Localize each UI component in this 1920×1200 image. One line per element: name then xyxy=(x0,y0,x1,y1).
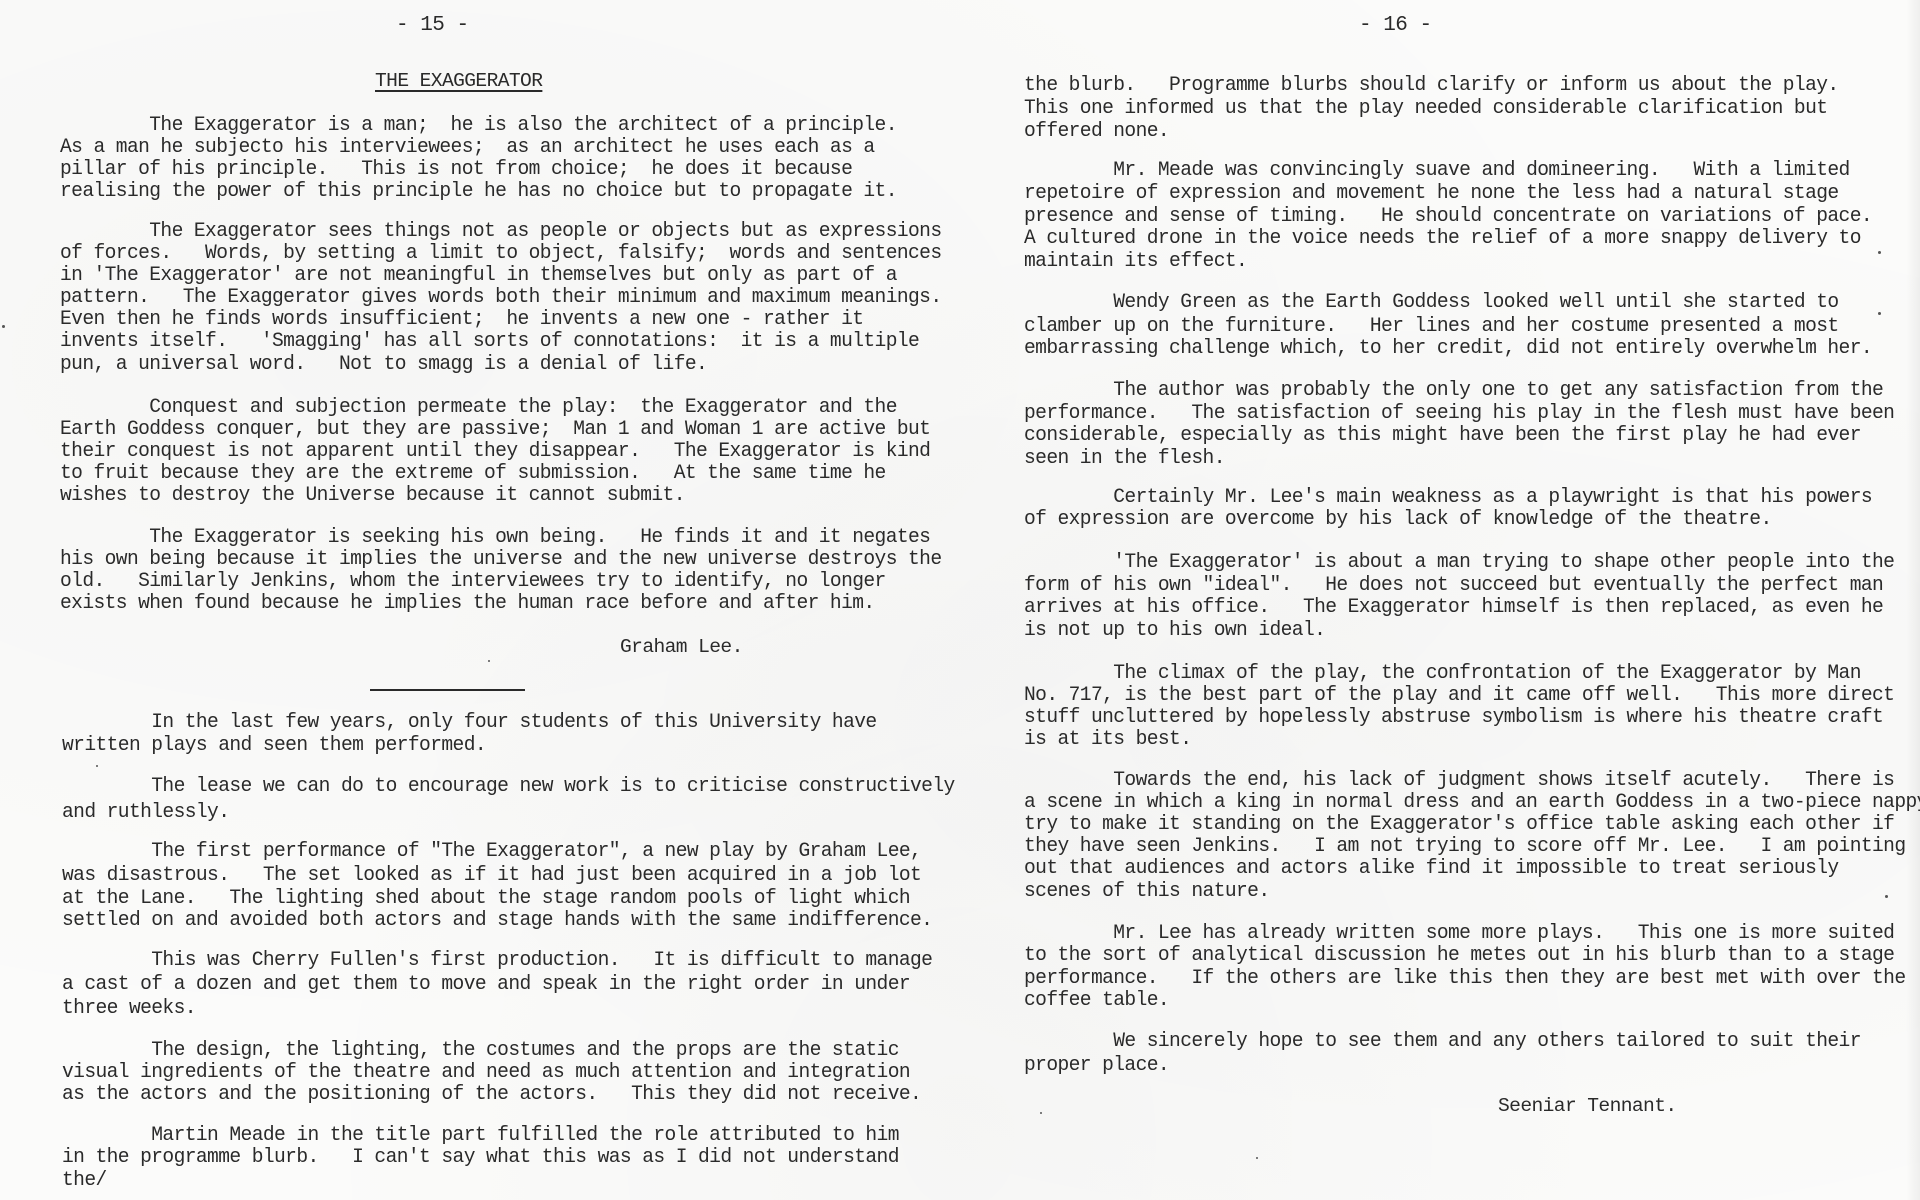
text-line: The design, the lighting, the costumes a… xyxy=(62,1038,899,1061)
text-line: in 'The Exaggerator' are not meaningful … xyxy=(60,263,897,286)
text-line: The lease we can do to encourage new wor… xyxy=(62,774,955,797)
text-line: exists when found because he implies the… xyxy=(60,591,875,614)
text-line: Martin Meade in the title part fulfilled… xyxy=(62,1123,899,1146)
text-line: Earth Goddess conquer, but they are pass… xyxy=(60,417,930,440)
text-line: embarrassing challenge which, to her cre… xyxy=(1024,336,1872,359)
text-line: performance. If the others are like this… xyxy=(1024,966,1906,989)
text-line: arrives at his office. The Exaggerator h… xyxy=(1024,595,1883,618)
text-line: As a man he subjecto his interviewees; a… xyxy=(60,135,875,158)
text-line: performance. The satisfaction of seeing … xyxy=(1024,401,1894,424)
text-line: they have seen Jenkins. I am not trying … xyxy=(1024,834,1906,857)
text-line: three weeks. xyxy=(62,996,196,1019)
text-line: of forces. Words, by setting a limit to … xyxy=(60,241,942,264)
text-line: their conquest is not apparent until the… xyxy=(60,439,930,462)
text-line: out that audiences and actors alike find… xyxy=(1024,856,1839,879)
scan-speck xyxy=(1885,895,1888,898)
page-number: - 16 - xyxy=(1359,14,1432,38)
text-line: repetoire of expression and movement he … xyxy=(1024,181,1839,204)
text-line: The climax of the play, the confrontatio… xyxy=(1024,661,1861,684)
page-number: - 15 - xyxy=(396,14,469,38)
text-line: realising the power of this principle he… xyxy=(60,179,897,202)
text-line: visual ingredients of the theatre and ne… xyxy=(62,1060,910,1083)
text-line: the blurb. Programme blurbs should clari… xyxy=(1024,73,1839,96)
scan-edge-shadow xyxy=(1906,0,1920,1200)
section-divider xyxy=(370,689,525,691)
text-line: was disastrous. The set looked as if it … xyxy=(62,863,921,886)
text-line: Mr. Lee has already written some more pl… xyxy=(1024,921,1894,944)
text-line: stuff uncluttered by hopelessly abstruse… xyxy=(1024,705,1883,728)
text-line: presence and sense of timing. He should … xyxy=(1024,204,1872,227)
text-line: form of his own "ideal". He does not suc… xyxy=(1024,573,1883,596)
text-line: and ruthlessly. xyxy=(62,800,229,823)
text-line: at the Lane. The lighting shed about the… xyxy=(62,886,910,909)
text-line: pillar of his principle. This is not fro… xyxy=(60,157,852,180)
text-line: of expression are overcome by his lack o… xyxy=(1024,507,1772,530)
text-line: Mr. Meade was convincingly suave and dom… xyxy=(1024,158,1850,181)
text-line: invents itself. 'Smagging' has all sorts… xyxy=(60,329,919,352)
text-line: maintain its effect. xyxy=(1024,249,1247,272)
text-line: written plays and seen them performed. xyxy=(62,733,486,756)
text-line: Even then he finds words insufficient; h… xyxy=(60,307,863,330)
text-line: Towards the end, his lack of judgment sh… xyxy=(1024,768,1894,791)
text-line: scenes of this nature. xyxy=(1024,879,1269,902)
text-line: is not up to his own ideal. xyxy=(1024,618,1325,641)
scan-speck xyxy=(2,325,5,328)
text-line: seen in the flesh. xyxy=(1024,446,1225,469)
text-line: wishes to destroy the Universe because i… xyxy=(60,483,685,506)
scan-speck xyxy=(1878,251,1881,254)
text-line: The Exaggerator is seeking his own being… xyxy=(60,525,930,548)
text-line: to fruit because they are the extreme of… xyxy=(60,461,886,484)
text-line: No. 717, is the best part of the play an… xyxy=(1024,683,1894,706)
text-line: settled on and avoided both actors and s… xyxy=(62,908,932,931)
text-line: Wendy Green as the Earth Goddess looked … xyxy=(1024,290,1839,313)
text-line: is at its best. xyxy=(1024,727,1191,750)
text-line: pattern. The Exaggerator gives words bot… xyxy=(60,285,942,308)
text-line: a scene in which a king in normal dress … xyxy=(1024,790,1920,813)
text-line: try to make it standing on the Exaggerat… xyxy=(1024,812,1894,835)
text-line: coffee table. xyxy=(1024,988,1169,1011)
text-line: The author was probably the only one to … xyxy=(1024,378,1883,401)
text-line: clamber up on the furniture. Her lines a… xyxy=(1024,314,1839,337)
text-line: This one informed us that the play neede… xyxy=(1024,96,1827,119)
text-line: This was Cherry Fullen's first productio… xyxy=(62,948,932,971)
author-signature: Graham Lee. xyxy=(620,636,743,658)
text-line: considerable, especially as this might h… xyxy=(1024,423,1861,446)
text-line: The first performance of "The Exaggerato… xyxy=(62,839,921,862)
scan-speck xyxy=(1878,312,1881,315)
text-line: We sincerely hope to see them and any ot… xyxy=(1024,1029,1861,1052)
page-16: - 16 - the blurb. Programme blurbs shoul… xyxy=(960,0,1920,1200)
text-line: to the sort of analytical discussion he … xyxy=(1024,943,1894,966)
text-line: old. Similarly Jenkins, whom the intervi… xyxy=(60,569,886,592)
text-line: Conquest and subjection permeate the pla… xyxy=(60,395,897,418)
author-signature: Seeniar Tennant. xyxy=(1498,1095,1677,1117)
text-line: his own being because it implies the uni… xyxy=(60,547,942,570)
scan-speck xyxy=(1040,1112,1042,1114)
text-line: In the last few years, only four student… xyxy=(62,710,877,733)
text-line: the/ xyxy=(62,1168,107,1191)
text-line: in the programme blurb. I can't say what… xyxy=(62,1145,899,1168)
text-line: as the actors and the positioning of the… xyxy=(62,1082,921,1105)
text-line: A cultured drone in the voice needs the … xyxy=(1024,226,1861,249)
text-line: Certainly Mr. Lee's main weakness as a p… xyxy=(1024,485,1872,508)
page-15: - 15 - THE EXAGGERATOR The Exaggerator i… xyxy=(0,0,960,1200)
text-line: 'The Exaggerator' is about a man trying … xyxy=(1024,550,1894,573)
scan-speck xyxy=(488,660,490,662)
text-line: The Exaggerator is a man; he is also the… xyxy=(60,113,897,136)
article-title: THE EXAGGERATOR xyxy=(375,70,542,92)
text-line: pun, a universal word. Not to smagg is a… xyxy=(60,352,707,375)
text-line: The Exaggerator sees things not as peopl… xyxy=(60,219,942,242)
scan-speck xyxy=(96,765,98,767)
text-line: offered none. xyxy=(1024,119,1169,142)
scan-speck xyxy=(1256,1157,1258,1159)
text-line: a cast of a dozen and get them to move a… xyxy=(62,972,910,995)
text-line: proper place. xyxy=(1024,1053,1169,1076)
